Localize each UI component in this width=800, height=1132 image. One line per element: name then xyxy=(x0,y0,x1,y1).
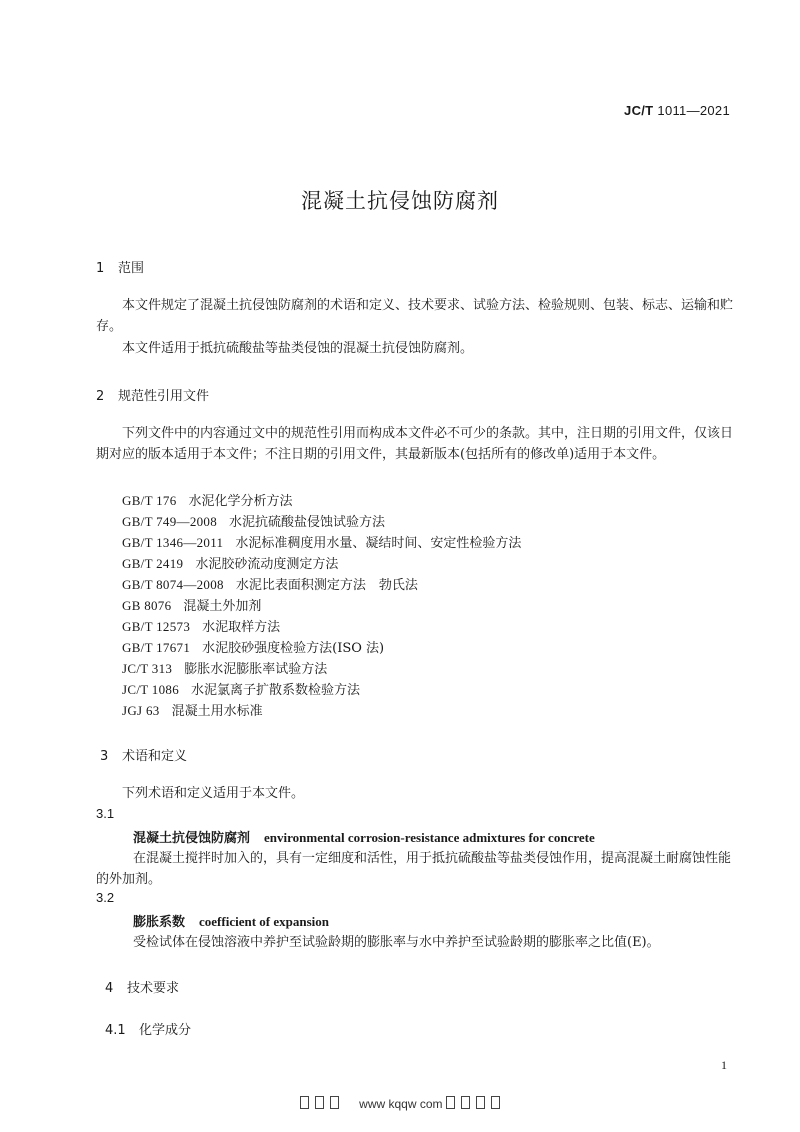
section-number: 4 xyxy=(105,981,127,996)
reference-item: GB/T 749—2008水泥抗硫酸盐侵蚀试验方法 xyxy=(122,511,385,530)
term-heading: 膨胀系数coefficient of expansion xyxy=(133,911,329,930)
term-chinese: 混凝土抗侵蚀防腐剂 xyxy=(133,831,250,846)
reference-code: JC/T 313 xyxy=(122,661,172,676)
reference-item: GB/T 176水泥化学分析方法 xyxy=(122,490,293,509)
reference-title: 水泥比表面积测定方法 勃氏法 xyxy=(236,578,418,593)
reference-code: GB/T 2419 xyxy=(122,556,183,571)
reference-title: 膨胀水泥膨胀率试验方法 xyxy=(184,662,327,677)
section-1-heading: 1范围 xyxy=(96,257,144,276)
paragraph-text: 下列文件中的内容通过文中的规范性引用而构成本文件必不可少的条款。其中，注日期的引… xyxy=(96,426,733,462)
section-title: 范围 xyxy=(118,261,144,276)
clause-number: 3.2 xyxy=(96,890,114,905)
section-3-paragraph-1: 下列术语和定义适用于本文件。 xyxy=(122,783,762,804)
reference-title: 混凝土用水标准 xyxy=(172,704,263,719)
section-number: 1 xyxy=(96,261,118,276)
missing-glyph-icon xyxy=(461,1096,470,1109)
missing-glyph-icon xyxy=(491,1096,500,1109)
document-title: 混凝土抗侵蚀防腐剂 xyxy=(0,185,800,215)
reference-title: 混凝土外加剂 xyxy=(183,599,261,614)
standard-number: 1011—2021 xyxy=(657,103,730,118)
section-number: 3 xyxy=(100,749,122,764)
reference-code: GB/T 1346—2011 xyxy=(122,535,223,550)
missing-glyph-icon xyxy=(300,1096,309,1109)
reference-item: GB/T 1346—2011水泥标准稠度用水量、凝结时间、安定性检验方法 xyxy=(122,532,521,551)
page-number: 1 xyxy=(721,1058,727,1073)
standard-code: JC/T1011—2021 xyxy=(624,103,730,118)
section-3-heading: 3术语和定义 xyxy=(100,745,187,764)
section-1-paragraph-2: 本文件适用于抵抗硫酸盐等盐类侵蚀的混凝土抗侵蚀防腐剂。 xyxy=(96,338,736,359)
term-english: environmental corrosion-resistance admix… xyxy=(264,830,595,845)
missing-glyph-icon xyxy=(330,1096,339,1109)
reference-title: 水泥抗硫酸盐侵蚀试验方法 xyxy=(229,515,385,530)
clause-number: 3.1 xyxy=(96,806,114,821)
term-definition: 在混凝土搅拌时加入的，具有一定细度和活性，用于抵抗硫酸盐等盐类侵蚀作用，提高混凝… xyxy=(96,848,736,890)
footer-url: www kqqw com xyxy=(359,1097,442,1111)
paragraph-text: 本文件规定了混凝土抗侵蚀防腐剂的术语和定义、技术要求、试验方法、检验规则、包装、… xyxy=(96,298,733,334)
reference-item: JC/T 1086水泥氯离子扩散系数检验方法 xyxy=(122,679,360,698)
reference-title: 水泥胶砂强度检验方法(ISO 法) xyxy=(202,641,384,656)
reference-code: GB/T 12573 xyxy=(122,619,190,634)
missing-glyph-icon xyxy=(446,1096,455,1109)
section-4-1-heading: 4.1化学成分 xyxy=(105,1019,191,1038)
paragraph-text: 下列术语和定义适用于本文件。 xyxy=(122,786,304,801)
paragraph-text: 本文件适用于抵抗硫酸盐等盐类侵蚀的混凝土抗侵蚀防腐剂。 xyxy=(122,341,473,356)
reference-title: 水泥化学分析方法 xyxy=(189,494,293,509)
definition-text: 在混凝土搅拌时加入的，具有一定细度和活性，用于抵抗硫酸盐等盐类侵蚀作用，提高混凝… xyxy=(96,851,731,887)
missing-glyph-icon xyxy=(476,1096,485,1109)
subsection-number: 4.1 xyxy=(105,1023,139,1038)
section-2-paragraph-1: 下列文件中的内容通过文中的规范性引用而构成本文件必不可少的条款。其中，注日期的引… xyxy=(96,423,736,465)
reference-code: GB/T 749—2008 xyxy=(122,514,217,529)
reference-title: 水泥胶砂流动度测定方法 xyxy=(195,557,338,572)
section-1-paragraph-1: 本文件规定了混凝土抗侵蚀防腐剂的术语和定义、技术要求、试验方法、检验规则、包装、… xyxy=(96,295,736,337)
reference-title: 水泥取样方法 xyxy=(202,620,280,635)
reference-item: JGJ 63混凝土用水标准 xyxy=(122,700,263,719)
section-title: 技术要求 xyxy=(127,981,179,996)
reference-item: GB/T 17671水泥胶砂强度检验方法(ISO 法) xyxy=(122,637,384,656)
footer-watermark: www kqqw com xyxy=(0,1096,800,1111)
reference-code: JGJ 63 xyxy=(122,703,160,718)
section-title: 规范性引用文件 xyxy=(118,389,209,404)
missing-glyph-icon xyxy=(315,1096,324,1109)
reference-title: 水泥氯离子扩散系数检验方法 xyxy=(191,683,360,698)
term-english: coefficient of expansion xyxy=(199,914,329,929)
reference-title: 水泥标准稠度用水量、凝结时间、安定性检验方法 xyxy=(235,536,521,551)
term-heading: 混凝土抗侵蚀防腐剂environmental corrosion-resista… xyxy=(133,827,595,846)
reference-code: GB/T 8074—2008 xyxy=(122,577,224,592)
reference-item: JC/T 313膨胀水泥膨胀率试验方法 xyxy=(122,658,327,677)
definition-text: 受检试体在侵蚀溶液中养护至试验龄期的膨胀率与水中养护至试验龄期的膨胀率之比值(E… xyxy=(133,935,660,950)
section-number: 2 xyxy=(96,389,118,404)
section-2-heading: 2规范性引用文件 xyxy=(96,385,209,404)
reference-item: GB/T 8074—2008水泥比表面积测定方法 勃氏法 xyxy=(122,574,418,593)
reference-item: GB 8076混凝土外加剂 xyxy=(122,595,261,614)
reference-code: GB 8076 xyxy=(122,598,171,613)
reference-code: JC/T 1086 xyxy=(122,682,179,697)
standard-prefix: JC/T xyxy=(624,103,653,118)
term-definition: 受检试体在侵蚀溶液中养护至试验龄期的膨胀率与水中养护至试验龄期的膨胀率之比值(E… xyxy=(133,932,773,953)
reference-item: GB/T 12573水泥取样方法 xyxy=(122,616,280,635)
reference-item: GB/T 2419水泥胶砂流动度测定方法 xyxy=(122,553,338,572)
reference-code: GB/T 176 xyxy=(122,493,177,508)
reference-code: GB/T 17671 xyxy=(122,640,190,655)
term-chinese: 膨胀系数 xyxy=(133,915,185,930)
section-4-heading: 4技术要求 xyxy=(105,977,179,996)
subsection-title: 化学成分 xyxy=(139,1023,191,1038)
section-title: 术语和定义 xyxy=(122,749,187,764)
